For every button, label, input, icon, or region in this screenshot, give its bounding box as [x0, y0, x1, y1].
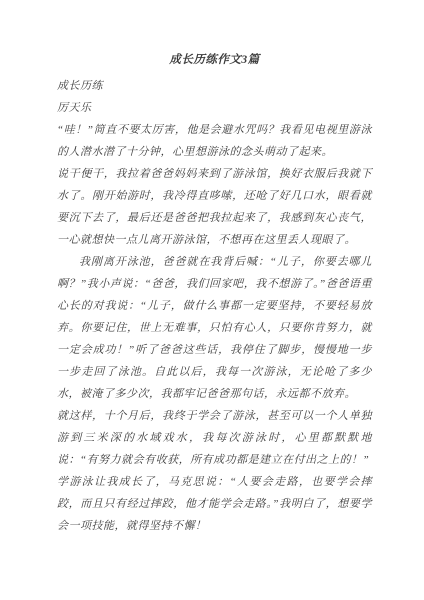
document-page: 成长历练作文3篇 成长历练 厉天乐 “哇！”简直不要太厉害，他是会避水咒吗？我看… — [0, 0, 424, 600]
essay-section-heading: 成长历练 — [57, 75, 372, 97]
essay-paragraph: 我刚离开泳池，爸爸就在我背后喊：“儿子，你要去哪儿啊？”我小声说：“爸爸，我们回… — [57, 251, 372, 405]
essay-paragraph: 说干便干，我拉着爸爸妈妈来到了游泳馆，换好衣服后我就下水了。刚开始游时，我冷得直… — [57, 163, 372, 251]
essay-paragraph: 学游泳让我成长了，马克思说：“人要会走路，也要学会摔跤，而且只有经过摔跤，他才能… — [57, 471, 372, 537]
essay-author-name: 厉天乐 — [57, 97, 372, 119]
essay-title: 成长历练作文3篇 — [57, 49, 372, 71]
essay-paragraph: 就这样，十个月后，我终于学会了游泳，甚至可以一个人单独游到三米深的水域戏水，我每… — [57, 405, 372, 471]
essay-paragraph: “哇！”简直不要太厉害，他是会避水咒吗？我看见电视里游泳的人潜水潜了十分钟，心里… — [57, 119, 372, 163]
